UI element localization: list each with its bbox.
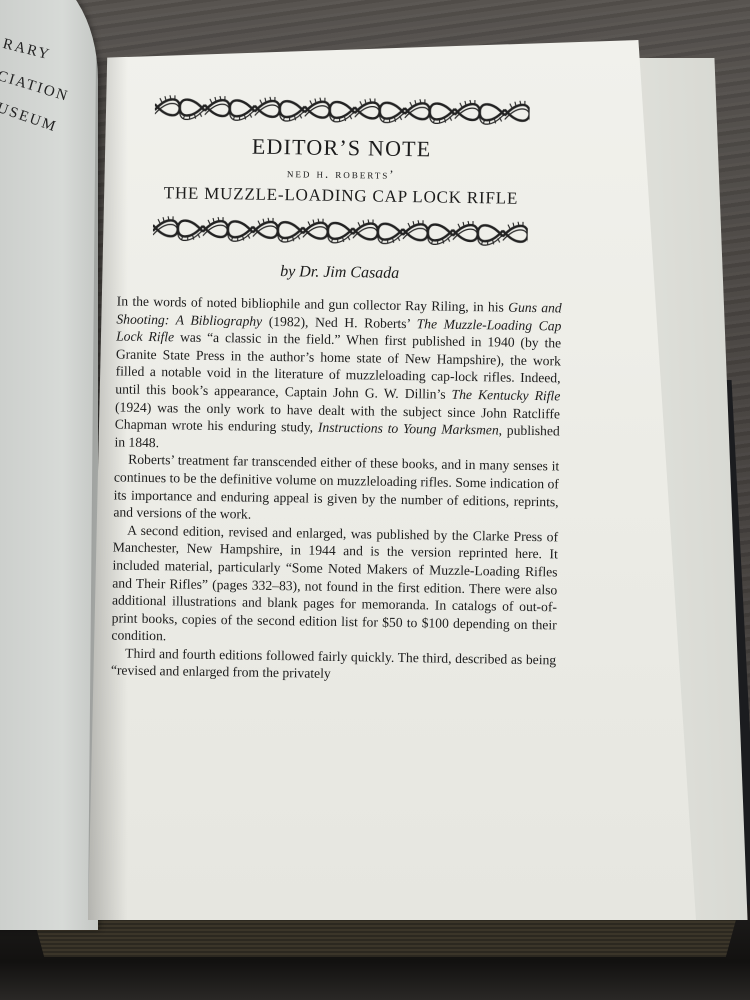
subtitle-book-title: THE MUZZLE-LOADING CAP LOCK RIFLE bbox=[118, 182, 563, 209]
braided-rope-ornament-bottom bbox=[153, 213, 528, 249]
text-segment: Roberts’ treatment far transcended eithe… bbox=[113, 452, 559, 522]
left-page-text-line: CIATION bbox=[0, 68, 71, 106]
braided-rope-ornament-top bbox=[155, 92, 530, 128]
paragraph: Roberts’ treatment far transcended eithe… bbox=[113, 451, 559, 528]
paragraph: In the words of noted bibliophile and gu… bbox=[114, 292, 561, 457]
book-title-italic: The Kentucky Rifle bbox=[452, 387, 561, 404]
page-title: EDITOR’S NOTE bbox=[119, 132, 564, 165]
byline: by Dr. Jim Casada bbox=[117, 260, 562, 285]
left-page-text-line: RARY bbox=[1, 36, 53, 64]
subtitle-author: NED H. ROBERTS’ bbox=[119, 163, 564, 185]
left-page: RARY CIATION USEUM bbox=[0, 0, 98, 930]
paragraph: A second edition, revised and enlarged, … bbox=[111, 521, 558, 651]
editors-note-page-content: EDITOR’S NOTE NED H. ROBERTS’ THE MUZZLE… bbox=[111, 92, 565, 687]
text-segment: Third and fourth editions followed fairl… bbox=[111, 646, 556, 682]
body-text: In the words of noted bibliophile and gu… bbox=[111, 292, 562, 686]
paragraph: Third and fourth editions followed fairl… bbox=[111, 644, 556, 686]
text-segment: (1982), Ned H. Roberts’ bbox=[262, 313, 417, 330]
book-title-italic: Instructions to Young Marksmen bbox=[318, 420, 499, 438]
left-page-text-line: USEUM bbox=[0, 100, 59, 136]
text-segment: A second edition, revised and enlarged, … bbox=[111, 522, 558, 643]
